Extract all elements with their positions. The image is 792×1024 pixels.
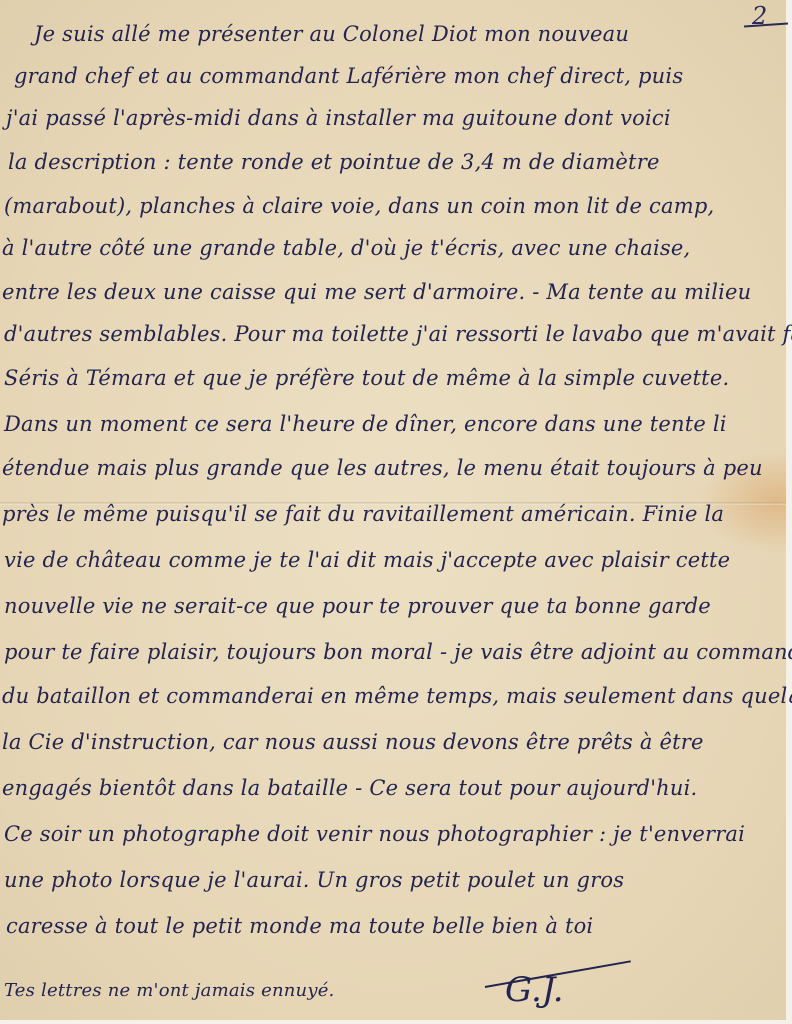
letter-line: une photo lorsque je l'aurai. Un gros pe… — [4, 868, 624, 892]
letter-line: entre les deux une caisse qui me sert d'… — [2, 280, 751, 304]
letter-line: Séris à Témara et que je préfère tout de… — [4, 366, 729, 390]
letter-line: vie de château comme je te l'ai dit mais… — [4, 548, 730, 572]
letter-line: près le même puisqu'il se fait du ravita… — [2, 502, 724, 526]
letter-line: la description : tente ronde et pointue … — [8, 150, 660, 174]
letter-line: Ce soir un photographe doit venir nous p… — [4, 822, 745, 846]
letter-line: engagés bientôt dans la bataille - Ce se… — [2, 776, 697, 800]
letter-line: (marabout), planches à claire voie, dans… — [4, 194, 714, 218]
letter-line: à l'autre côté une grande table, d'où je… — [2, 236, 690, 260]
letter-line: caresse à tout le petit monde ma toute b… — [6, 914, 593, 938]
signature: G.J. — [505, 970, 564, 1010]
letter-line: la Cie d'instruction, car nous aussi nou… — [2, 730, 704, 754]
letter-line: pour te faire plaisir, toujours bon mora… — [4, 640, 792, 664]
letter-line: grand chef et au commandant Laférière mo… — [14, 64, 683, 88]
letter-postscript: Tes lettres ne m'ont jamais ennuyé. — [4, 980, 334, 1001]
paper-edge-right — [786, 0, 792, 1024]
letter-line: étendue mais plus grande que les autres,… — [2, 456, 763, 480]
letter-line: Dans un moment ce sera l'heure de dîner,… — [4, 412, 727, 436]
letter-line: d'autres semblables. Pour ma toilette j'… — [4, 322, 792, 346]
letter-line: j'ai passé l'après-midi dans à installer… — [6, 106, 671, 130]
letter-page: 2 Je suis allé me présenter au Colonel D… — [0, 0, 792, 1024]
paper-edge-bottom — [0, 1020, 792, 1024]
letter-line: nouvelle vie ne serait-ce que pour te pr… — [4, 594, 711, 618]
letter-line: du bataillon et commanderai en même temp… — [2, 684, 792, 708]
letter-line: Je suis allé me présenter au Colonel Dio… — [34, 22, 629, 46]
